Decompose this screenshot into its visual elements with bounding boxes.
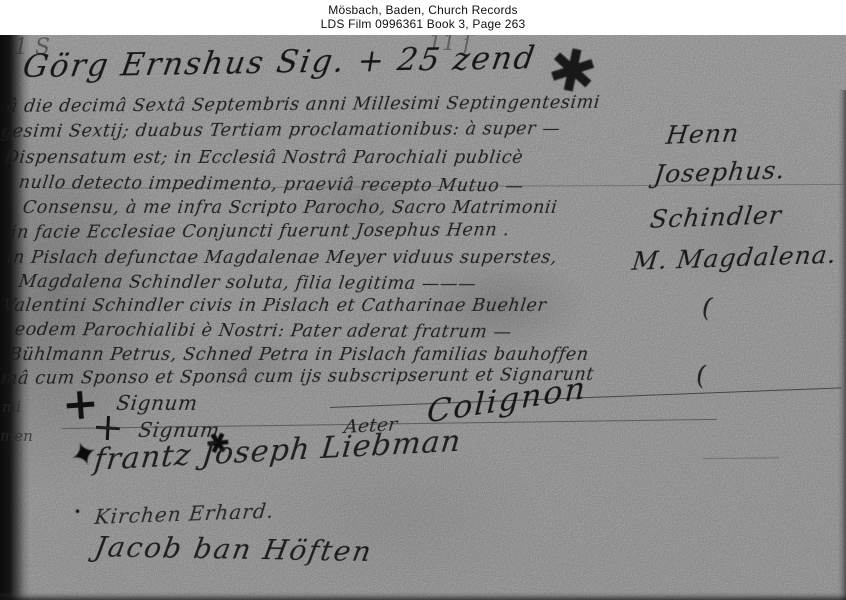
scan-right-edge: [838, 90, 846, 600]
caption-location: Mösbach, Baden, Church Records: [0, 3, 846, 17]
margin-mark: (: [699, 292, 716, 324]
witness-signature: Jacob ban Höften: [92, 530, 375, 568]
record-line: in Pislach defunctae Magdalenae Meyer vi…: [6, 248, 559, 268]
witness-signature: Kirchen Erhard.: [93, 499, 275, 529]
margin-name-bride-given: M. Magdalena.: [630, 240, 838, 276]
record-line: Bühlmann Petrus, Schned Petra in Pislach…: [8, 345, 590, 365]
book-binding-shadow: [0, 35, 30, 600]
margin-fragment: men: [0, 427, 33, 445]
record-heading-line: Görg Ernshus Sig. + 25 zend: [20, 40, 538, 85]
scratch-line: [703, 457, 779, 459]
ink-blot: •: [74, 505, 81, 519]
record-line: Magdalena Schindler soluta, filia legiti…: [17, 272, 477, 294]
signum-label: Signum: [115, 391, 199, 415]
record-line: in facie Ecclesiae Conjuncti fuerunt Jos…: [10, 220, 511, 243]
scanned-record-page: Mösbach, Baden, Church Records LDS Film …: [0, 0, 846, 600]
record-line: â die decimâ Sextâ Septembris anni Mille…: [6, 93, 602, 117]
caption-film-reference: LDS Film 0996361 Book 3, Page 263: [0, 17, 846, 31]
caption: Mösbach, Baden, Church Records LDS Film …: [0, 0, 846, 35]
scan-image: 1 S 11 ſ Görg Ernshus Sig. + 25 zend ✱ â…: [0, 35, 846, 600]
margin-name-surname: Henn: [664, 118, 741, 150]
record-line: Dispensatum est; in Ecclesiâ Nostrâ Paro…: [4, 148, 525, 168]
record-line: eodem Parochialibi è Nostri: Pater adera…: [13, 320, 512, 343]
record-line: nullo detecto impedimento, praeviâ recep…: [17, 173, 524, 197]
margin-name-given: Josephus.: [652, 155, 787, 189]
margin-mark: (: [693, 360, 708, 391]
scan-bottom-edge: [0, 592, 846, 600]
margin-name-bride-surname: Schindler: [648, 200, 783, 234]
record-line: gesimi Sextij; duabus Tertiam proclamati…: [0, 119, 561, 142]
margin-fragment: mi: [2, 398, 21, 416]
record-line: Valentini Schindler civis in Pislach et …: [2, 296, 548, 316]
record-line: Consensu, à me infra Scripto Parocho, Sa…: [22, 198, 559, 218]
